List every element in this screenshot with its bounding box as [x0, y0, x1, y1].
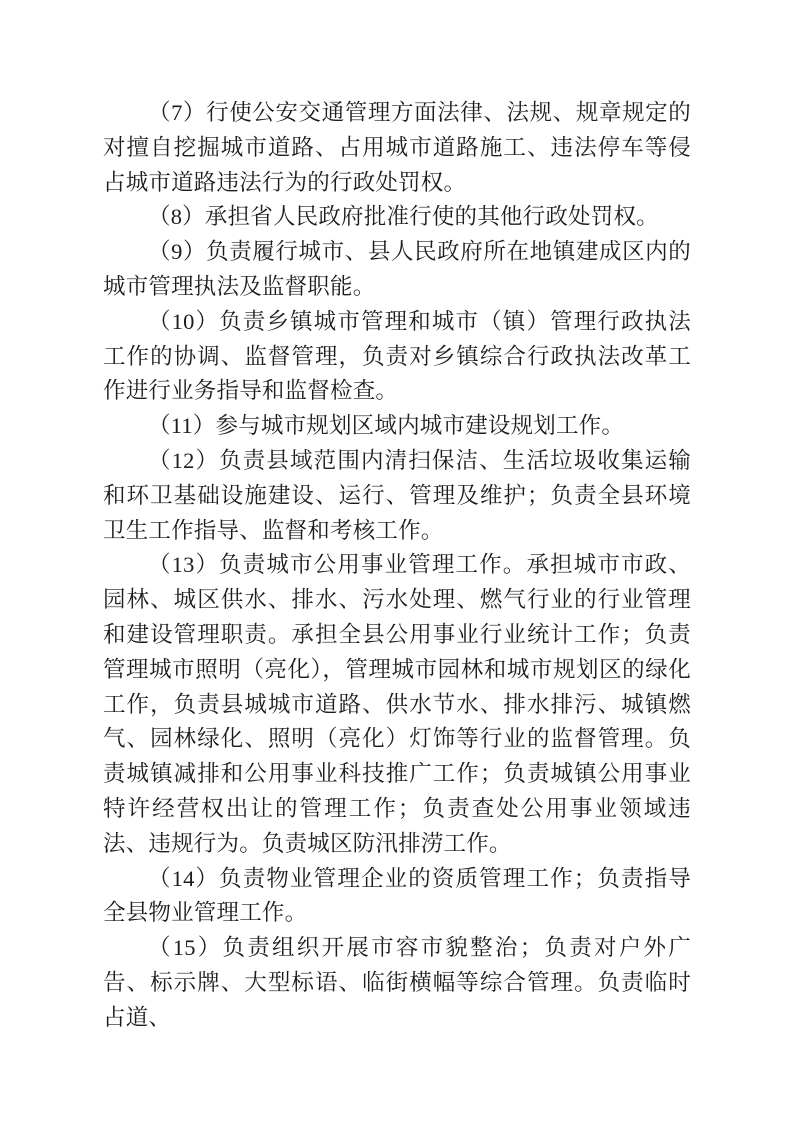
document-text-block: （7）行使公安交通管理方面法律、法规、规章规定的对擅自挖掘城市道路、占用城市道路…: [103, 96, 691, 1036]
paragraph-item-14: （14）负责物业管理企业的资质管理工作；负责指导全县物业管理工作。: [103, 862, 691, 932]
paragraph-item-7: （7）行使公安交通管理方面法律、法规、规章规定的对擅自挖掘城市道路、占用城市道路…: [103, 96, 691, 200]
paragraph-item-12: （12）负责县域范围内清扫保洁、生活垃圾收集运输和环卫基础设施建设、运行、管理及…: [103, 444, 691, 548]
document-page: （7）行使公安交通管理方面法律、法规、规章规定的对擅自挖掘城市道路、占用城市道路…: [0, 0, 793, 1122]
paragraph-item-13: （13）负责城市公用事业管理工作。承担城市市政、园林、城区供水、排水、污水处理、…: [103, 548, 691, 861]
paragraph-item-9: （9）负责履行城市、县人民政府所在地镇建成区内的城市管理执法及监督职能。: [103, 235, 691, 305]
paragraph-item-11: （11）参与城市规划区域内城市建设规划工作。: [103, 409, 691, 444]
paragraph-item-15: （15）负责组织开展市容市貌整治；负责对户外广告、标示牌、大型标语、临街横幅等综…: [103, 931, 691, 1035]
paragraph-item-8: （8）承担省人民政府批准行使的其他行政处罚权。: [103, 200, 691, 235]
paragraph-item-10: （10）负责乡镇城市管理和城市（镇）管理行政执法工作的协调、监督管理，负责对乡镇…: [103, 305, 691, 409]
